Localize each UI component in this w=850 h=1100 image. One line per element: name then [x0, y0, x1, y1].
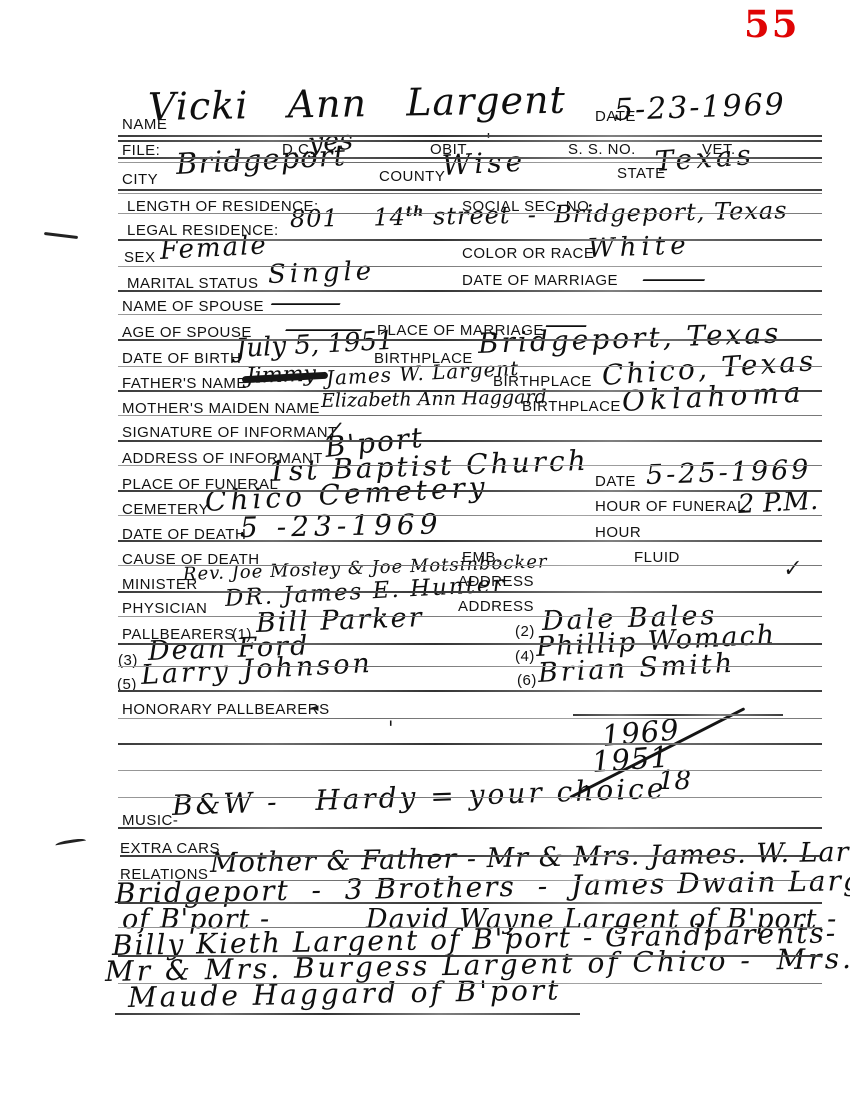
rule-line — [118, 157, 822, 159]
rule-line — [118, 616, 822, 617]
signature-of-informant-label: SIGNATURE OF INFORMANT — [122, 424, 338, 441]
rule-line — [118, 290, 822, 292]
rule-line — [118, 540, 822, 542]
funeral-record-page: 55 NAME Vicki Ann Largent DATE 5-23-1969… — [0, 0, 850, 1100]
pallbearer-6-number: (6) — [517, 672, 537, 689]
date-of-marriage-dash: — — [640, 266, 666, 292]
hour-of-funeral-value: 2 P.M. — [737, 488, 818, 518]
check-mark: ✓ — [780, 558, 801, 582]
rule-line — [118, 366, 822, 367]
rule-line — [118, 827, 822, 829]
rule-line — [118, 140, 822, 142]
name-of-spouse-label: NAME OF SPOUSE — [122, 298, 264, 315]
county-label: COUNTY — [379, 168, 445, 185]
date-of-birth-value: July 5, 1951 — [235, 328, 394, 362]
marital-status-value: Single — [268, 258, 376, 288]
rule-line — [118, 643, 822, 645]
page-number: 55 — [744, 2, 800, 46]
color-or-race-value: White — [588, 232, 691, 262]
pen-dash: — — [268, 290, 343, 316]
rule-line — [118, 239, 822, 241]
rule-line — [118, 162, 822, 163]
rule-line — [118, 415, 822, 416]
rule-line — [118, 135, 822, 137]
rule-line — [118, 193, 822, 194]
sex-label: SEX — [124, 249, 156, 266]
stray-pen-mark — [44, 232, 78, 239]
rule-line — [118, 666, 822, 667]
rule-line — [118, 565, 822, 566]
funeral-date-value: 5-25-1969 — [646, 456, 812, 489]
rule-line — [118, 797, 822, 798]
ssno-label: S. S. NO. — [568, 141, 636, 158]
county-value: Wise — [441, 148, 527, 180]
hour-label: HOUR — [595, 524, 641, 541]
rule-line — [118, 927, 822, 928]
legal-residence-value: 801 14th street - Bridgeport, Texas — [290, 198, 788, 231]
rule-line — [118, 266, 822, 267]
rule-line — [118, 983, 822, 984]
date-value: 5-23-1969 — [613, 90, 786, 126]
rule-line — [118, 690, 822, 692]
funeral-date-label: DATE — [595, 473, 636, 490]
rule-line — [120, 855, 820, 857]
rule-line — [118, 955, 822, 957]
rule-line — [118, 718, 822, 719]
rule-line — [118, 390, 822, 392]
rule-line — [118, 770, 822, 771]
rule-line — [118, 189, 822, 191]
legal-residence-street-number: 801 14 — [290, 203, 406, 233]
name-of-spouse-dash: — — [268, 290, 294, 316]
honorary-pallbearers-label: HONORARY PALLBEARERS — [122, 701, 330, 718]
fathers-name-value: James W. Largent — [325, 358, 519, 388]
rule-line — [118, 339, 822, 341]
rule-line — [118, 465, 822, 466]
birthplace-mother-label: BIRTHPLACE — [522, 398, 621, 415]
rule-line — [573, 714, 783, 716]
city-label: CITY — [122, 171, 158, 188]
name-value: Vicki Ann Largent — [148, 81, 566, 126]
rule-line — [118, 880, 822, 881]
physician-address-label: ADDRESS — [458, 598, 534, 615]
rule-line — [118, 440, 822, 442]
rule-line — [118, 743, 822, 745]
date-of-birth-label: DATE OF BIRTH — [122, 350, 241, 367]
pallbearer-2-number: (2) — [515, 623, 535, 640]
rule-line — [118, 902, 822, 904]
date-of-marriage-label: DATE OF MARRIAGE — [462, 272, 618, 289]
legal-residence-ordinal: th — [406, 204, 425, 220]
pen-dash: — — [640, 266, 708, 292]
rule-line — [118, 591, 822, 593]
sex-value: Female — [159, 232, 268, 264]
rule-line — [115, 1013, 580, 1015]
rule-line — [118, 490, 822, 492]
birthplace-mother-value: Oklahoma — [621, 378, 806, 416]
relations-line-6: Maude Haggard of B'port — [128, 976, 562, 1012]
color-or-race-label: COLOR OR RACE — [462, 245, 594, 262]
physician-label: PHYSICIAN — [122, 600, 207, 617]
city-value: Bridgeport — [175, 141, 347, 179]
hour-of-funeral-label: HOUR OF FUNERAL — [595, 498, 746, 515]
stray-pen-mark — [55, 838, 86, 846]
rule-line — [118, 213, 822, 214]
fluid-label: FLUID — [634, 549, 680, 566]
rule-line — [118, 314, 822, 315]
stray-apostrophe-mark: ' — [388, 718, 394, 738]
pallbearer-4-number: (4) — [515, 648, 535, 665]
arrow-mark: ◄ — [310, 702, 318, 713]
rule-line — [118, 515, 822, 516]
